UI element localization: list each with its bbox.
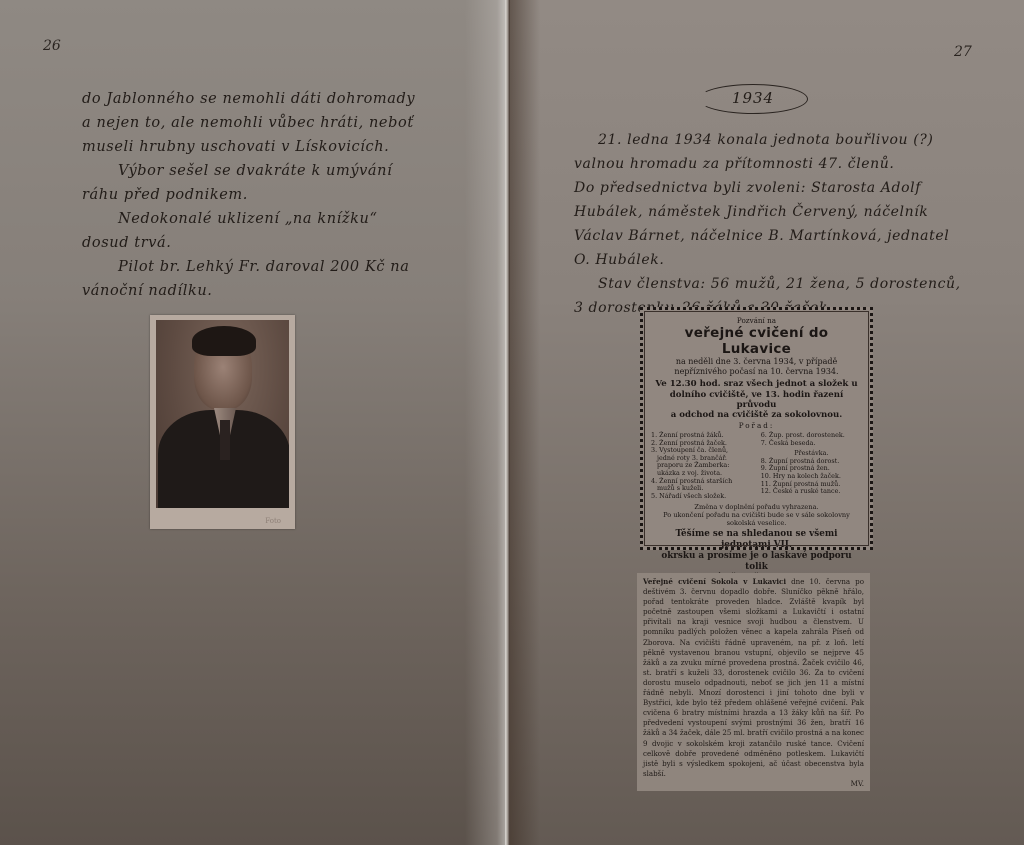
invitation-date-line: na neděli dne 3. června 1934, v případě xyxy=(651,357,862,367)
invitation-note: sokolská veselice. xyxy=(651,519,862,527)
year-heading-oval: 1934 xyxy=(698,84,808,114)
newspaper-clipping: Veřejné cvičení Sokola v Lukavici dne 10… xyxy=(637,573,870,791)
left-handwritten-text: do Jablonného se nemohli dáti dohromady … xyxy=(82,87,415,303)
program-item: 5. Nářadí všech složek. xyxy=(651,493,752,501)
portrait-photo-mount: Foto xyxy=(150,315,295,529)
invitation-title: veřejné cvičení do Lukavice xyxy=(651,325,862,357)
program-heading: Pořad: xyxy=(651,421,862,430)
handwritten-line: Nedokonalé uklizení „na knížku“ xyxy=(82,207,415,231)
handwritten-line: Václav Bárnet, náčelnice B. Martínková, … xyxy=(574,224,961,248)
handwritten-line: O. Hubálek. xyxy=(574,248,961,272)
right-handwritten-text: 21. ledna 1934 konala jednota bouřlivou … xyxy=(574,128,961,320)
handwritten-line: Do předsednictva byli zvoleni: Starosta … xyxy=(574,176,961,200)
invitation-closing: okrsku a prosíme je o laskavé podporu to… xyxy=(651,551,862,573)
handwritten-line: Stav členstva: 56 mužů, 21 žena, 5 doros… xyxy=(574,272,961,296)
handwritten-line: dosud trvá. xyxy=(82,231,415,255)
handwritten-line: a nejen to, ale nemohli vůbec hráti, neb… xyxy=(82,111,415,135)
handwritten-line: Hubálek, náměstek Jindřich Červený, náče… xyxy=(574,200,961,224)
left-page: 26 do Jablonného se nemohli dáti dohroma… xyxy=(0,0,505,845)
invitation-schedule-line: Ve 12.30 hod. sraz všech jednot a složek… xyxy=(651,379,862,389)
left-page-number: 26 xyxy=(43,38,61,54)
year-heading: 1934 xyxy=(732,89,774,107)
hair-shape xyxy=(192,326,256,356)
open-scrapbook: 26 do Jablonného se nemohli dáti dohroma… xyxy=(0,0,1024,845)
handwritten-line: 21. ledna 1934 konala jednota bouřlivou … xyxy=(574,128,961,152)
clipping-lead: Veřejné cvičení Sokola v Lukavici xyxy=(643,577,786,586)
handwritten-line: do Jablonného se nemohli dáti dohromady xyxy=(82,87,415,111)
invitation-date-line: nepříznivého počasí na 10. června 1934. xyxy=(651,367,862,377)
invitation-pretitle: Pozvání na xyxy=(651,316,862,325)
invitation-closing: Těšíme se na shledanou se všemi jednotam… xyxy=(651,529,862,551)
handwritten-line: vánoční nadílku. xyxy=(82,279,415,303)
handwritten-line: Výbor sešel se dvakráte k umývání xyxy=(82,159,415,183)
program-column-right: 6. Žup. prost. dorostenek. 7. Česká bese… xyxy=(761,432,862,500)
clipping-body: dne 10. června po deštivém 3. červnu dop… xyxy=(643,577,864,778)
invitation-schedule-line: dolního cvičiště, ve 13. hodin řazení pr… xyxy=(651,390,862,411)
invitation-clipping: Pozvání na veřejné cvičení do Lukavice n… xyxy=(640,307,873,550)
program-column-left: 1. Ženní prostná žáků. 2. Ženní prostná … xyxy=(651,432,752,500)
photo-studio-stamp: Foto xyxy=(265,517,281,525)
tie-shape xyxy=(220,420,230,460)
handwritten-line: valnou hromadu za přítomnosti 47. členů. xyxy=(574,152,961,176)
clipping-signature: MV. xyxy=(643,779,864,789)
handwritten-line: museli hrubny uschovati v Lískovicích. xyxy=(82,135,415,159)
handwritten-line: Pilot br. Lehký Fr. daroval 200 Kč na xyxy=(82,255,415,279)
right-page-number: 27 xyxy=(954,44,972,60)
invitation-note: Po ukončení pořadu na cvičišti bude se v… xyxy=(651,511,862,519)
handwritten-line: ráhu před podnikem. xyxy=(82,183,415,207)
program-item: 12. České a ruské tance. xyxy=(761,488,862,496)
program-item: 7. Česká beseda. xyxy=(761,440,862,448)
program-list: 1. Ženní prostná žáků. 2. Ženní prostná … xyxy=(651,432,862,500)
portrait-photo xyxy=(156,320,289,508)
invitation-schedule-line: a odchod na cvičiště za sokolovnou. xyxy=(651,410,862,420)
